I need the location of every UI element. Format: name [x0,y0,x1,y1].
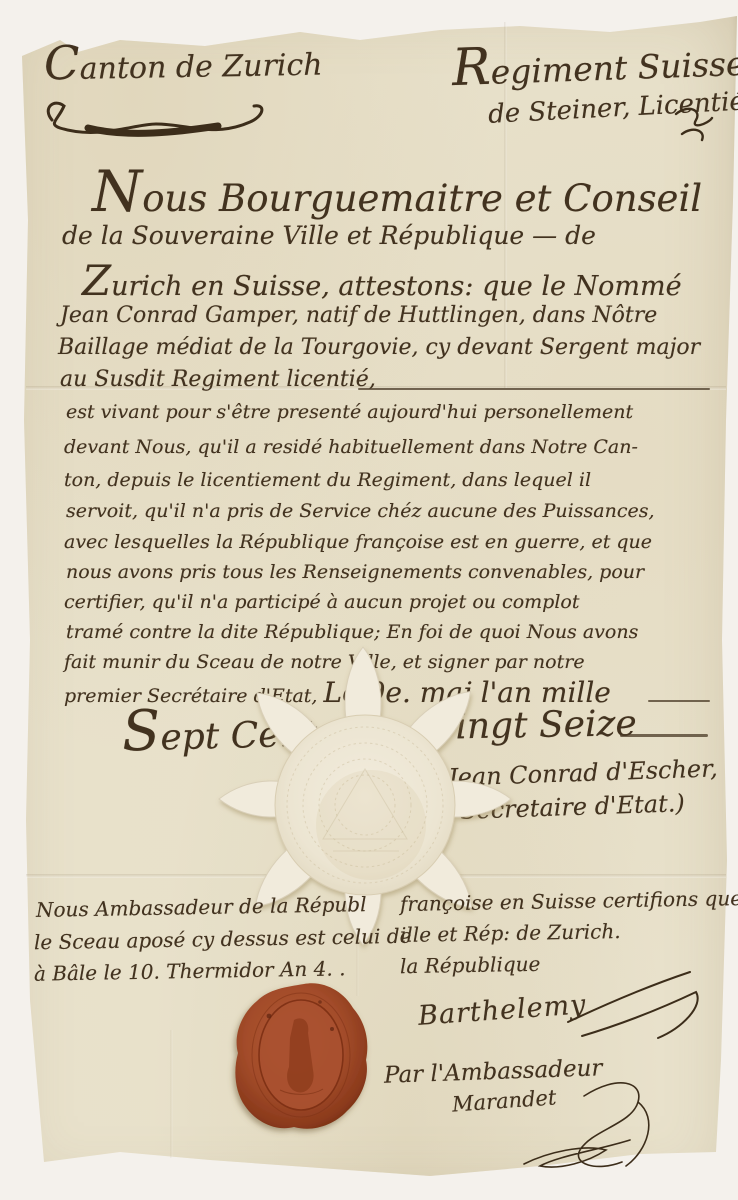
cert-line-right: françoise en Suisse certifions que [400,887,738,915]
canton-flourish [38,94,273,146]
body-line: devant Nous, qu'il a residé habituelleme… [64,437,638,458]
body-line: certifier, qu'il n'a participé à aucun p… [64,592,579,613]
body-line: ton, depuis le licentiement du Regiment,… [64,470,591,491]
opening-line-6: au Susdit Regiment licentié, [60,368,376,392]
opening-line-2: de la Souveraine Ville et République — d… [62,222,596,250]
cert-line-left: Nous Ambassadeur de la Républ [36,893,367,921]
opening-line-1: Nous Bourguemaitre et Conseil [92,160,702,223]
closing-rule [648,700,710,702]
body-line: est vivant pour s'être presenté aujourd'… [66,402,633,423]
cert-line-right: ille et Rép: de Zurich. [400,920,621,946]
canton-header: Canton de Zurich [44,34,323,90]
marandet-flourish [488,1066,708,1186]
photo-backdrop: Canton de Zurich Regiment Suisse de Stei… [0,0,738,1200]
date-rule [620,734,708,737]
opening-line-3: Zurich en Suisse, attestons: que le Nomm… [82,258,682,304]
opening-line-4: Jean Conrad Gamper, natif de Huttlingen,… [60,304,657,328]
blank-fill-rule [358,388,710,390]
cert-line-right: la République [400,953,541,977]
vertical-fold-crease [170,1030,173,1158]
red-wax-seal [228,978,378,1138]
barthelemy-flourish [562,966,712,1046]
licentie-flourish [672,100,718,144]
body-line: nous avons pris tous les Renseignements … [66,562,644,583]
body-line: avec lesquelles la République françoise … [64,532,652,553]
opening-line-5: Baillage médiat de la Tourgovie, cy deva… [58,336,700,360]
regiment-header-line1: Regiment Suisse [451,31,738,97]
body-line: servoit, qu'il n'a pris de Service chéz … [66,501,655,522]
